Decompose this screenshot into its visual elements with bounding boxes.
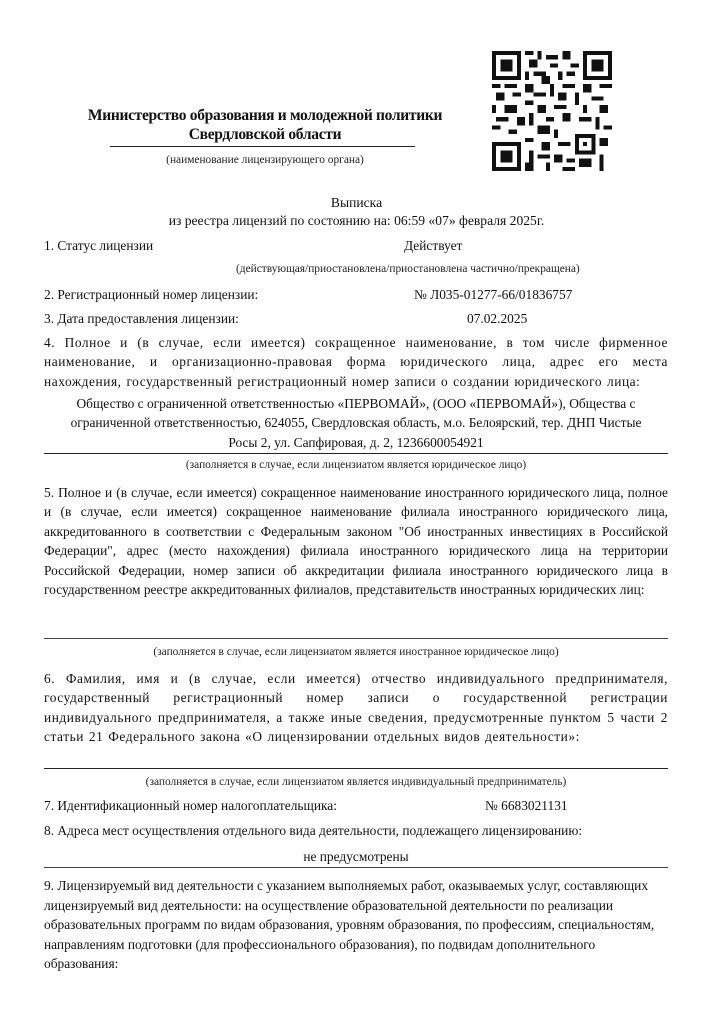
reg-number-value: № Л035-01277-66/01836757 [414, 287, 572, 303]
entrepreneur-caption: (заполняется в случае, если лицензиатом … [44, 776, 668, 788]
qr-code-icon [492, 51, 612, 171]
addresses-label: 8. Адреса мест осуществления отдельного … [44, 823, 582, 839]
status-value: Действует [404, 238, 462, 254]
legal-entity-value-line2: ограниченной ответственностью, 624055, С… [44, 413, 668, 432]
legal-entity-value: Общество с ограниченной ответственностью… [44, 394, 668, 452]
document-subtitle: из реестра лицензий по состоянию на: 06:… [0, 213, 713, 229]
inn-value: № 6683021131 [485, 798, 568, 814]
inn-label: 7. Идентификационный номер налогоплатель… [44, 798, 337, 814]
legal-entity-underline [44, 453, 668, 454]
authority-underline [110, 146, 415, 147]
licensing-authority: Министерство образования и молодежной по… [60, 106, 470, 144]
authority-name-line1: Министерство образования и молодежной по… [60, 106, 470, 125]
date-value: 07.02.2025 [467, 311, 527, 327]
legal-entity-caption: (заполняется в случае, если лицензиатом … [44, 459, 668, 471]
addresses-underline [44, 867, 668, 868]
legal-entity-value-line3: Росы 2, ул. Сапфировая, д. 2, 1236600054… [44, 433, 668, 452]
date-label: 3. Дата предоставления лицензии: [44, 311, 239, 327]
addresses-value: не предусмотрены [44, 849, 668, 865]
authority-name-line2: Свердловской области [60, 125, 470, 144]
activity-text: 9. Лицензируемый вид деятельности с указ… [44, 876, 664, 974]
reg-number-label: 2. Регистрационный номер лицензии: [44, 287, 258, 303]
status-caption: (действующая/приостановлена/приостановле… [236, 263, 580, 275]
entrepreneur-underline [44, 768, 668, 769]
status-label: 1. Статус лицензии [44, 238, 153, 254]
entrepreneur-text: 6. Фамилия, имя и (в случае, если имеетс… [44, 669, 668, 747]
legal-entity-value-line1: Общество с ограниченной ответственностью… [44, 394, 668, 413]
authority-caption: (наименование лицензирующего органа) [60, 154, 470, 166]
foreign-entity-underline [44, 638, 668, 639]
document-title: Выписка [0, 195, 713, 211]
legal-entity-text: 4. Полное и (в случае, если имеется) сок… [44, 333, 668, 391]
foreign-entity-caption: (заполняется в случае, если лицензиатом … [44, 646, 668, 658]
foreign-entity-text: 5. Полное и (в случае, если имеется) сок… [44, 483, 668, 599]
